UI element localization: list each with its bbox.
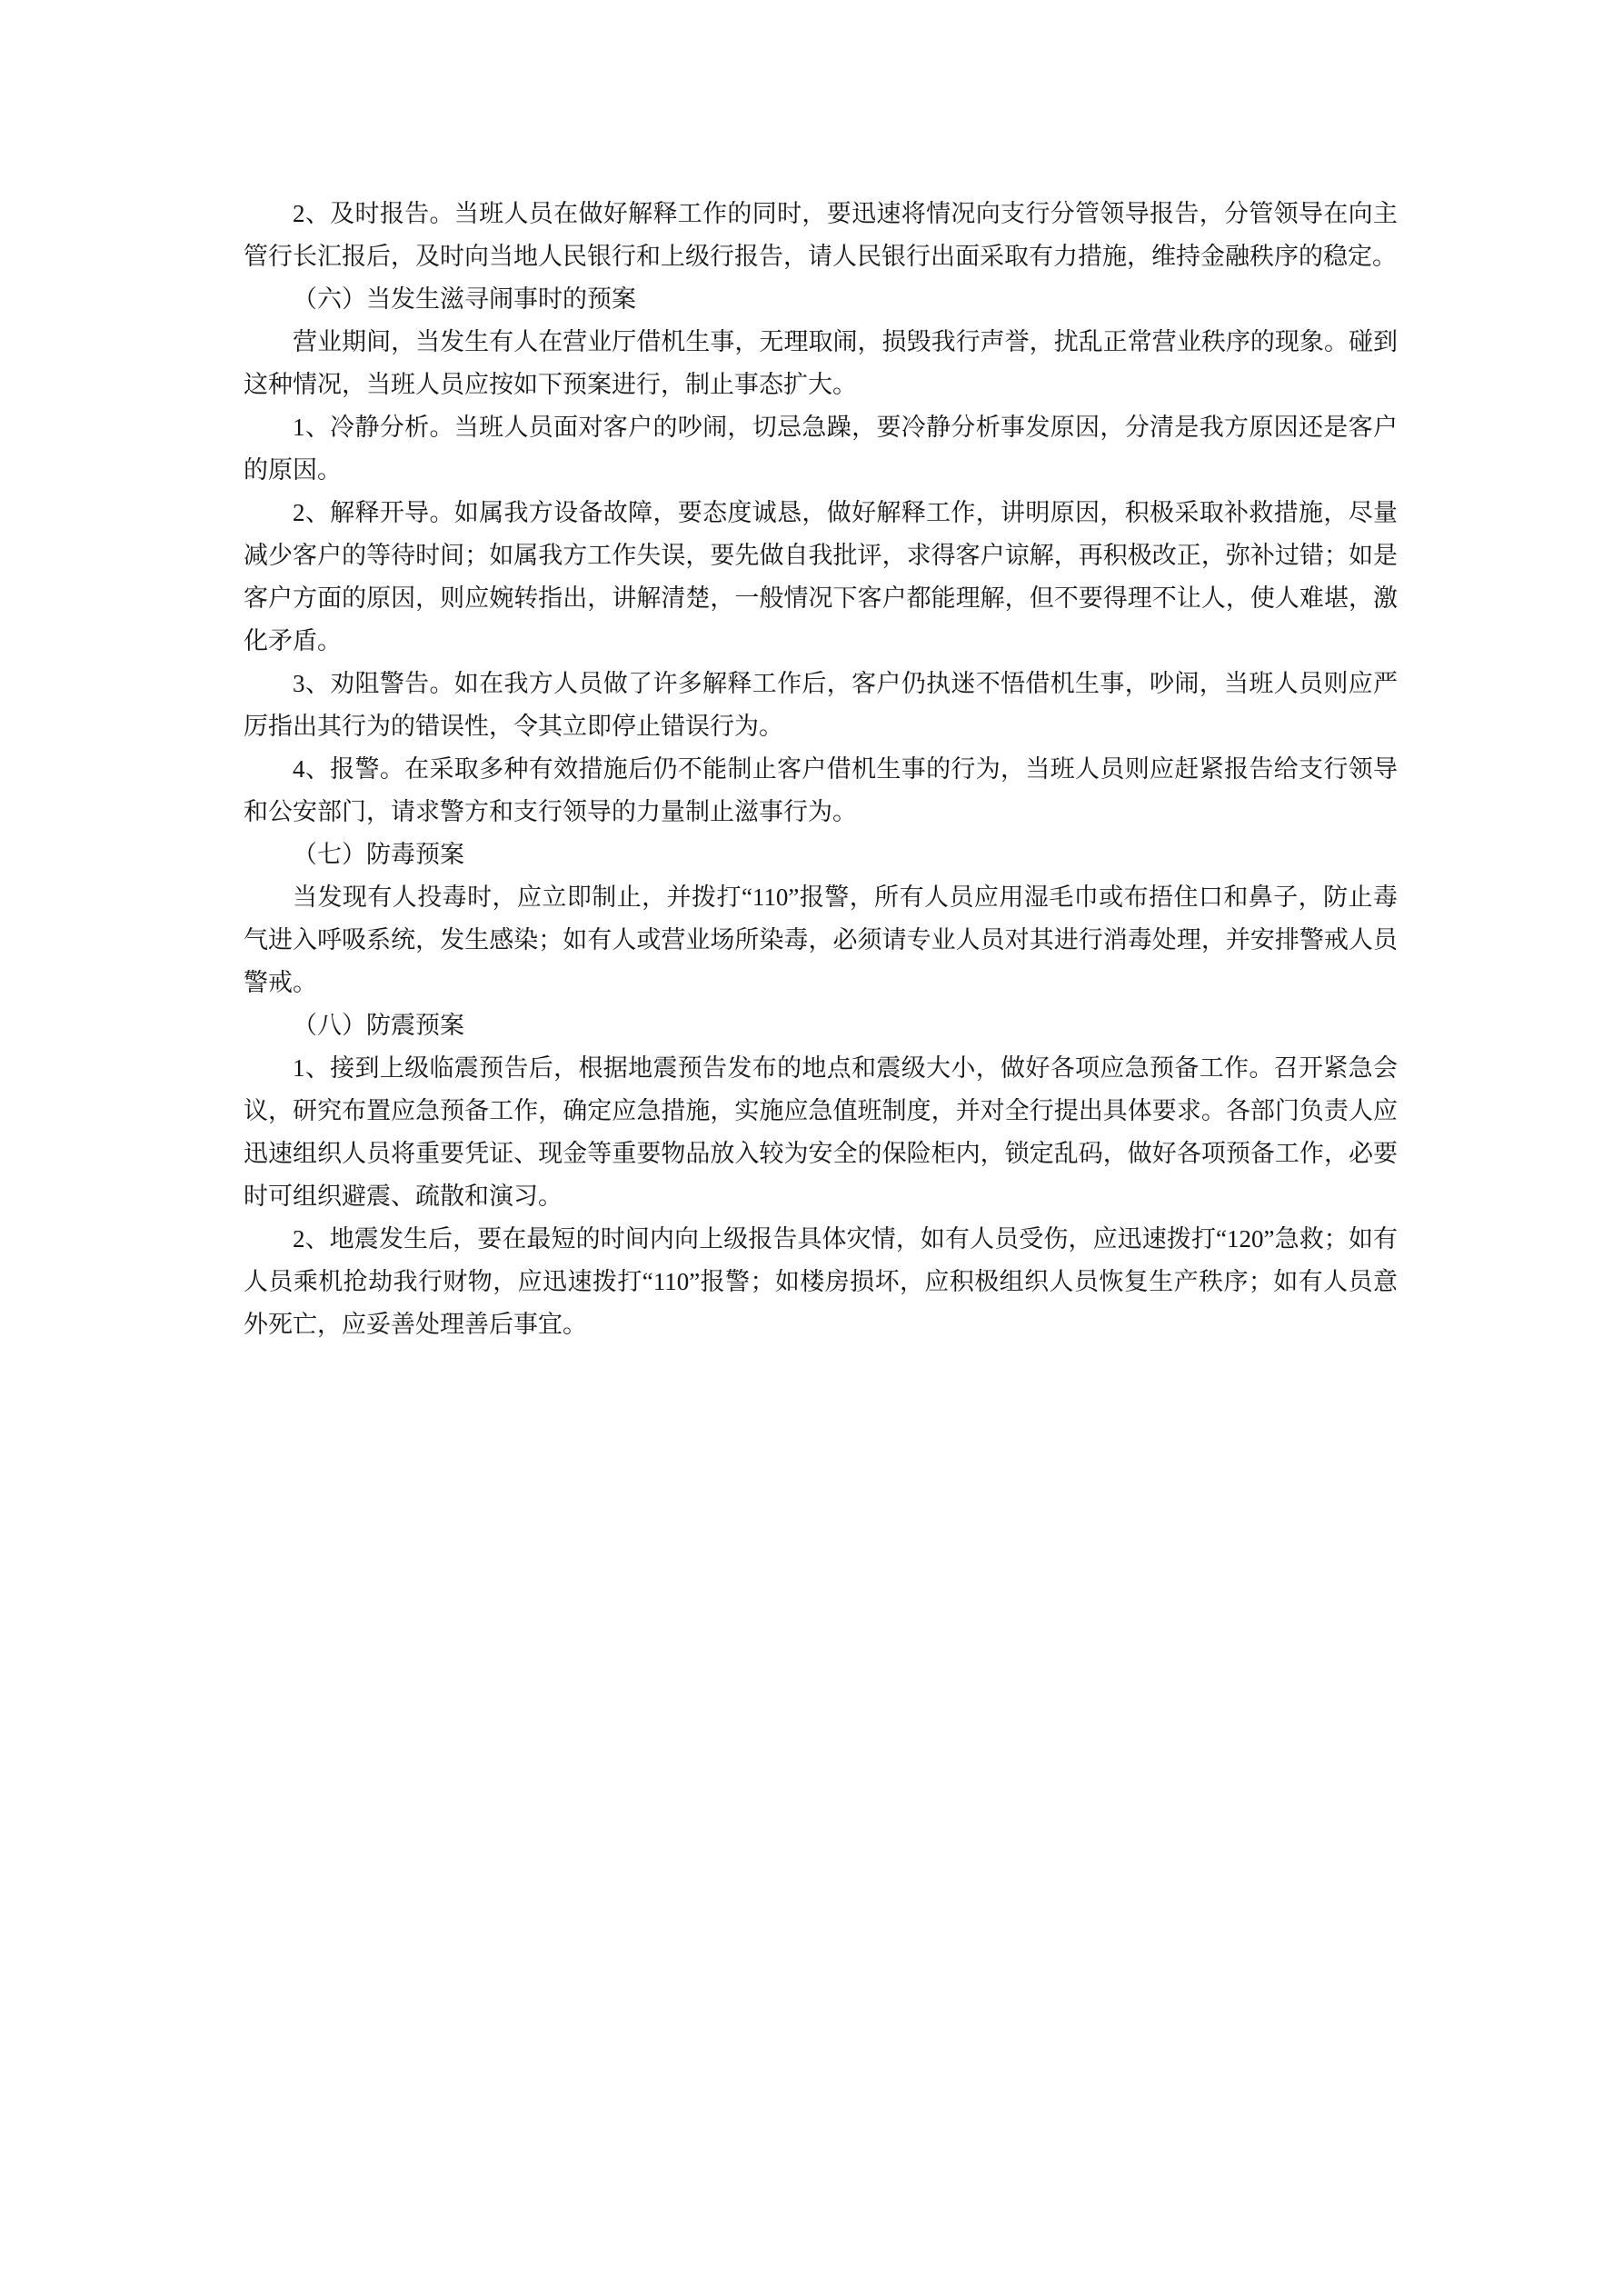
paragraph-business-disturbance: 营业期间，当发生有人在营业厅借机生事，无理取闹，损毁我行声誉，扰乱正常营业秩序的… xyxy=(244,321,1398,406)
paragraph-earthquake-response: 2、地震发生后，要在最短的时间内向上级报告具体灾情，如有人员受伤，应迅速拨打“1… xyxy=(244,1218,1398,1346)
paragraph-dissuade-warn: 3、劝阻警告。如在我方人员做了许多解释工作后，客户仍执迷不悟借机生事，吵闹，当班… xyxy=(244,663,1398,748)
section-heading-6: （六）当发生滋寻闹事时的预案 xyxy=(244,278,1398,321)
section-heading-7: （七）防毒预案 xyxy=(244,834,1398,876)
paragraph-timely-report: 2、及时报告。当班人员在做好解释工作的同时，要迅速将情况向支行分管领导报告，分管… xyxy=(244,193,1398,278)
paragraph-calm-analysis: 1、冷静分析。当班人员面对客户的吵闹，切忌急躁，要冷静分析事发原因，分清是我方原… xyxy=(244,406,1398,492)
paragraph-explain-guide: 2、解释开导。如属我方设备故障，要态度诚恳，做好解释工作，讲明原因，积极采取补救… xyxy=(244,492,1398,663)
paragraph-call-police: 4、报警。在采取多种有效措施后仍不能制止客户借机生事的行为，当班人员则应赶紧报告… xyxy=(244,748,1398,834)
paragraph-earthquake-warning: 1、接到上级临震预告后，根据地震预告发布的地点和震级大小，做好各项应急预备工作。… xyxy=(244,1047,1398,1218)
paragraph-anti-poison: 当发现有人投毒时，应立即制止，并拨打“110”报警，所有人员应用湿毛巾或布捂住口… xyxy=(244,876,1398,1004)
document-content: 2、及时报告。当班人员在做好解释工作的同时，要迅速将情况向支行分管领导报告，分管… xyxy=(244,193,1398,1346)
document-page: 2、及时报告。当班人员在做好解释工作的同时，要迅速将情况向支行分管领导报告，分管… xyxy=(0,0,1623,2296)
section-heading-8: （八）防震预案 xyxy=(244,1004,1398,1047)
